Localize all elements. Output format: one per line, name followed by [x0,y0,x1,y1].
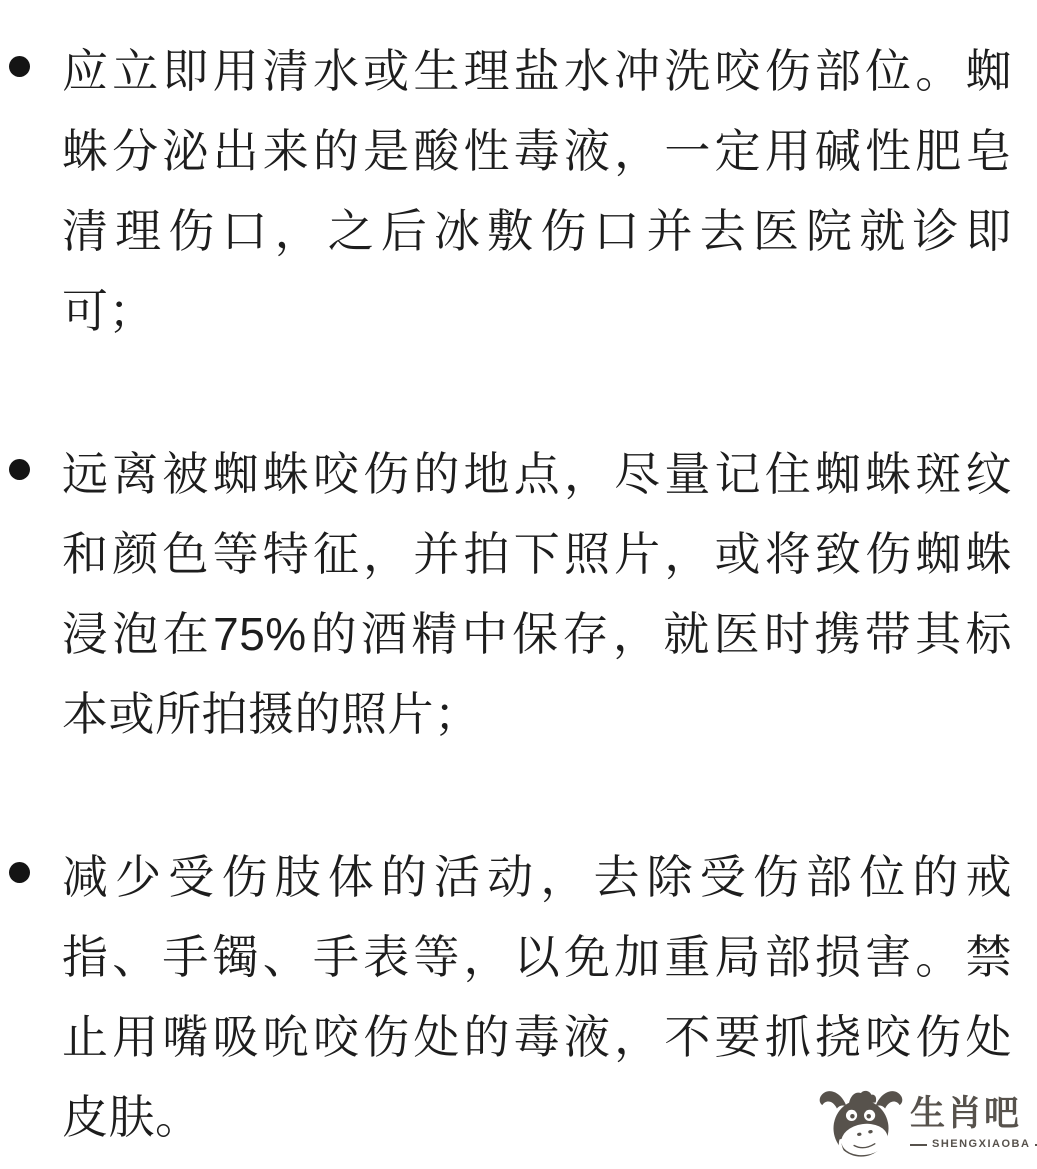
text-line: 浸泡在75%的酒精中保存，就医时携带其标 [62,594,1012,674]
watermark-brand: 生肖吧 SHENGXIAOBA [910,1096,1037,1150]
bullet-dot-icon [9,459,30,480]
text-line: 和颜色等特征，并拍下照片，或将致伤蜘蛛 [62,514,1012,594]
bullet-dot-icon [9,862,30,883]
watermark: 生肖吧 SHENGXIAOBA [818,1082,1037,1166]
text-line: 清理伤口，之后冰敷伤口并去医院就诊即 [62,191,1012,271]
watermark-brand-romanized: SHENGXIAOBA [910,1139,1037,1150]
document-body: 应立即用清水或生理盐水冲洗咬伤部位。蜘 蛛分泌出来的是酸性毒液，一定用碱性肥皂 … [0,0,1037,1157]
text-line: 本或所拍摄的照片； [62,674,1012,754]
text-line: 减少受伤肢体的活动，去除受伤部位的戒 [62,837,1012,917]
text-line: 可； [62,271,1012,351]
bullet-text: 远离被蜘蛛咬伤的地点，尽量记住蜘蛛斑纹 和颜色等特征，并拍下照片，或将致伤蜘蛛 … [62,434,1012,754]
bullet-item-1: 应立即用清水或生理盐水冲洗咬伤部位。蜘 蛛分泌出来的是酸性毒液，一定用碱性肥皂 … [0,31,1037,351]
text-line: 应立即用清水或生理盐水冲洗咬伤部位。蜘 [62,31,1012,111]
bullet-item-2: 远离被蜘蛛咬伤的地点，尽量记住蜘蛛斑纹 和颜色等特征，并拍下照片，或将致伤蜘蛛 … [0,434,1037,754]
text-line: 远离被蜘蛛咬伤的地点，尽量记住蜘蛛斑纹 [62,434,1012,514]
text-line: 止用嘴吸吮咬伤处的毒液，不要抓挠咬伤处 [62,997,1012,1077]
text-line: 蛛分泌出来的是酸性毒液，一定用碱性肥皂 [62,111,1012,191]
text-line: 指、手镯、手表等，以免加重局部损害。禁 [62,917,1012,997]
ox-mascot-icon [818,1082,904,1166]
bullet-list: 应立即用清水或生理盐水冲洗咬伤部位。蜘 蛛分泌出来的是酸性毒液，一定用碱性肥皂 … [0,31,1037,1157]
bullet-dot-icon [9,56,30,77]
bullet-text: 应立即用清水或生理盐水冲洗咬伤部位。蜘 蛛分泌出来的是酸性毒液，一定用碱性肥皂 … [62,31,1012,351]
watermark-brand-name: 生肖吧 [910,1096,1037,1131]
